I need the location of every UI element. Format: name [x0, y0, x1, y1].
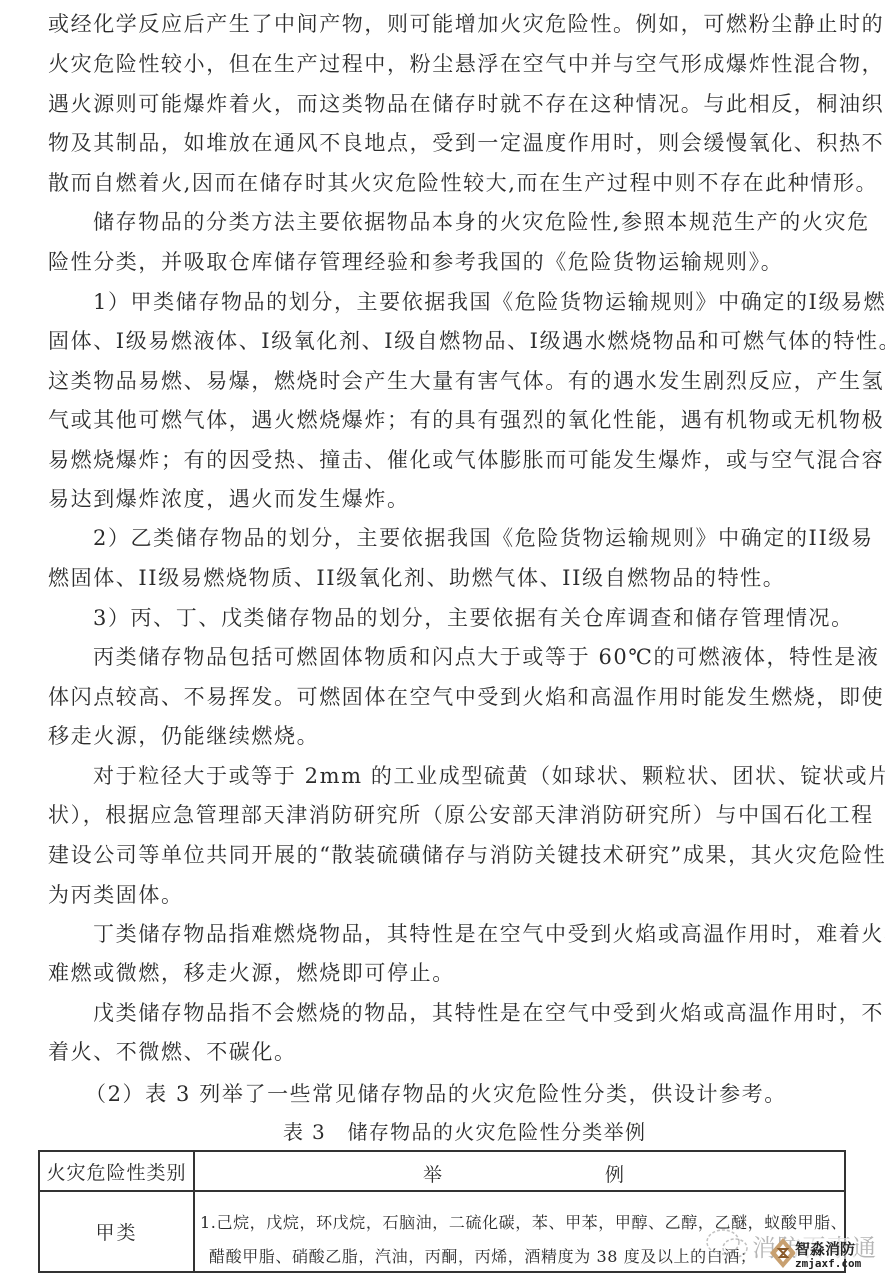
watermark-brand: 智淼消防	[795, 1238, 855, 1259]
text-line: 戊类储存物品指不会燃烧的物品，其特性是在空气中受到火焰或高温作用时，不	[93, 1000, 838, 1026]
text-line: 移走火源，仍能继续燃烧。	[48, 723, 838, 749]
header-examples: 举 例	[194, 1151, 845, 1191]
text-line: 丁类储存物品指难燃烧物品，其特性是在空气中受到火焰或高温作用时，难着火、	[93, 921, 838, 947]
text-line: 体闪点较高、不易挥发。可燃固体在空气中受到火焰和高温作用时能发生燃烧，即使	[48, 684, 838, 710]
table-header-row: 火灾危险性类别 举 例	[39, 1151, 845, 1191]
text-line: 燃固体、II级易燃烧物质、II级氧化剂、助燃气体、II级自燃物品的特性。	[48, 565, 838, 591]
text-line: 险性分类，并吸取仓库储存管理经验和参考我国的《危险货物运输规则》。	[48, 249, 838, 275]
text-line: 或经化学反应后产生了中间产物，则可能增加火灾危险性。例如，可燃粉尘静止时的	[48, 11, 838, 37]
text-line: 这类物品易燃、易爆，燃烧时会产生大量有害气体。有的遇水发生剧烈反应，产生氢	[48, 368, 838, 394]
text-line: 易燃烧爆炸；有的因受热、撞击、催化或气体膨胀而可能发生爆炸，或与空气混合容	[48, 447, 838, 473]
text-line: 固体、I级易燃液体、I级氧化剂、I级自燃物品、I级遇水燃烧物品和可燃气体的特性。	[48, 328, 838, 354]
header-example-char1: 举	[423, 1160, 442, 1187]
text-line: 气或其他可燃气体，遇火燃烧爆炸；有的具有强烈的氧化性能，遇有机物或无机物极	[48, 407, 838, 433]
text-line: 对于粒径大于或等于 2mm 的工业成型硫黄（如球状、颗粒状、团状、锭状或片	[93, 763, 838, 789]
header-example-char2: 例	[605, 1160, 624, 1187]
text-line: 易达到爆炸浓度，遇火而发生爆炸。	[48, 486, 838, 512]
brand-logo-icon	[770, 1238, 796, 1272]
text-line: 1）甲类储存物品的划分，主要依据我国《危险货物运输规则》中确定的I级易燃	[93, 289, 838, 315]
text-line: 为丙类固体。	[48, 882, 838, 908]
example-line: 醋酸甲脂、硝酸乙脂，汽油，丙酮，丙烯，酒精度为 38 度及以上的白酒；	[209, 1244, 757, 1267]
header-category: 火灾危险性类别	[39, 1151, 194, 1191]
row-category: 甲类	[39, 1191, 194, 1272]
text-line: （2）表 3 列举了一些常见储存物品的火灾危险性分类，供设计参考。	[85, 1081, 745, 1107]
text-line: 状），根据应急管理部天津消防研究所（原公安部天津消防研究所）与中国石化工程	[48, 802, 838, 828]
text-line: 散而自燃着火,因而在储存时其火灾危险性较大,而在生产过程中则不存在此种情形。	[48, 170, 838, 196]
text-line: 丙类储存物品包括可燃固体物质和闪点大于或等于 60℃的可燃液体，特性是液	[93, 644, 838, 670]
text-line: 难燃或微燃，移走火源，燃烧即可停止。	[48, 960, 838, 986]
watermark-url: zmjaxf.com	[795, 1257, 861, 1270]
text-line: 火灾危险性较小，但在生产过程中，粉尘悬浮在空气中并与空气形成爆炸性混合物，	[48, 51, 838, 77]
text-line: 建设公司等单位共同开展的“散装硫磺储存与消防关键技术研究”成果，其火灾危险性	[48, 842, 838, 868]
text-line: 2）乙类储存物品的划分，主要依据我国《危险货物运输规则》中确定的II级易	[93, 525, 838, 551]
table-caption: 表 3 储存物品的火灾危险性分类举例	[283, 1119, 645, 1145]
text-line: 物及其制品，如堆放在通风不良地点，受到一定温度作用时，则会缓慢氧化、积热不	[48, 130, 838, 156]
text-line: 储存物品的分类方法主要依据物品本身的火灾危险性,参照本规范生产的火灾危	[93, 209, 838, 235]
wechat-icon	[705, 1226, 751, 1266]
text-line: 3）丙、丁、戊类储存物品的划分，主要依据有关仓库调查和储存管理情况。	[93, 605, 838, 631]
text-line: 着火、不微燃、不碳化。	[48, 1039, 838, 1065]
text-line: 遇火源则可能爆炸着火，而这类物品在储存时就不存在这种情况。与此相反，桐油织	[48, 91, 838, 117]
